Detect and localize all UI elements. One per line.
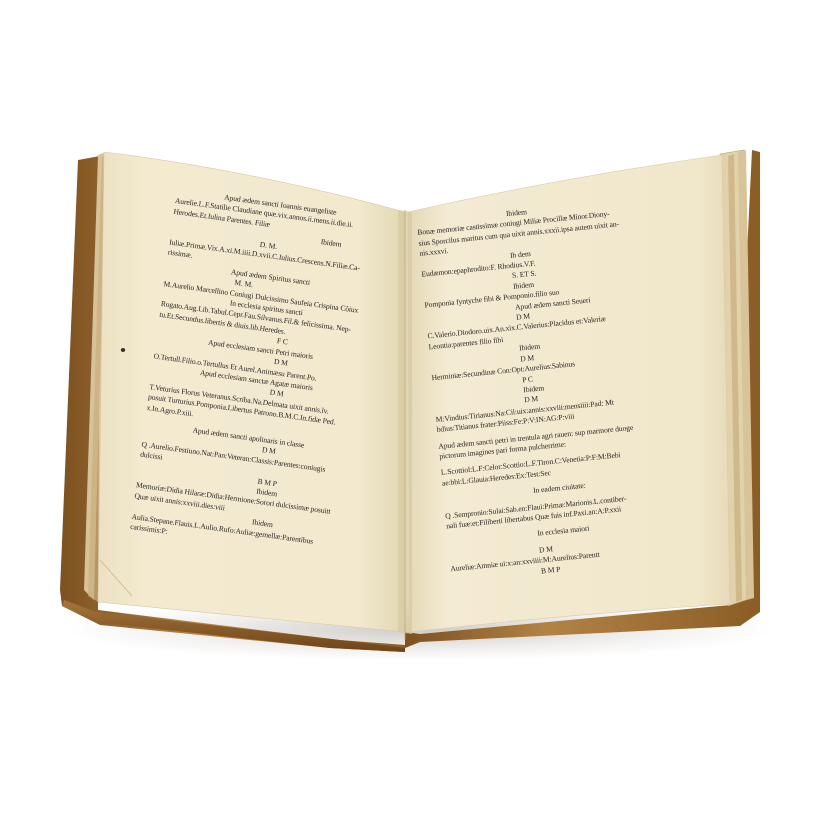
book-photo-scene: Apud ædem sancti Ioannis euangeliste Aur… — [0, 0, 828, 828]
wormhole-mark — [121, 348, 125, 352]
open-book-illustration — [0, 0, 828, 828]
right-page-text: Ibidem Bonæ memoriæ castissimæ coniugi M… — [416, 197, 665, 585]
